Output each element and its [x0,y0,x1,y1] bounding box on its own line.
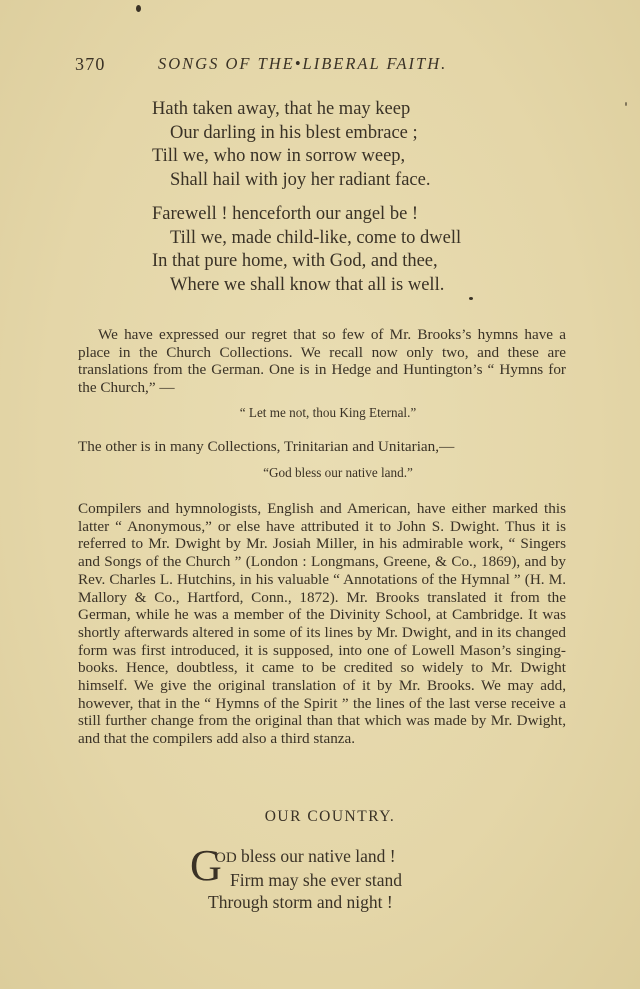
book-page: 370 SONGS OF THE•LIBERAL FAITH. Hath tak… [0,0,640,989]
commentary-paragraph: Compilers and hymnologists, English and … [78,500,566,748]
paragraph-text: Compilers and hymnologists, English and … [78,500,566,748]
poem-line: Hath taken away, that he may keep [152,98,430,122]
ink-speck [469,297,473,300]
ink-speck [136,5,141,12]
hymn-title: OUR COUNTRY. [0,808,640,826]
hymn-line: Firm may she ever stand [190,869,402,891]
commentary-line: The other is in many Collections, Trinit… [78,438,454,456]
poem-line: Our darling in his blest embrace ; [152,122,430,146]
hymn-verse: G OD bless our native land ! Firm may sh… [190,845,402,913]
poem-line: In that pure home, with God, and thee, [152,250,461,274]
poem-stanza: Farewell ! henceforth our angel be ! Til… [152,203,461,297]
running-title: SONGS OF THE•LIBERAL FAITH. [158,54,447,74]
poem-stanza: Hath taken away, that he may keep Our da… [152,98,430,192]
poem-line: Shall hail with joy her radiant face. [152,169,430,193]
quoted-hymn-title: “ Let me not, thou King Eternal.” [8,405,640,421]
drop-cap: G [190,846,222,886]
page-number: 370 [75,54,106,75]
poem-line: Till we, made child-like, come to dwell [152,227,461,251]
hymn-line: OD bless our native land ! [190,845,402,869]
poem-line: Where we shall know that all is well. [152,274,461,298]
commentary-paragraph: We have expressed our regret that so few… [78,326,566,397]
hymn-line-text: bless our native land ! [237,846,396,866]
paragraph-text: We have expressed our regret that so few… [78,326,566,397]
ink-speck [625,102,627,106]
hymn-line: Through storm and night ! [190,891,402,913]
running-head: 370 SONGS OF THE•LIBERAL FAITH. [75,54,575,78]
poem-line: Farewell ! henceforth our angel be ! [152,203,461,227]
quoted-hymn-title: “God bless our native land.” [18,465,640,481]
poem-line: Till we, who now in sorrow weep, [152,145,430,169]
